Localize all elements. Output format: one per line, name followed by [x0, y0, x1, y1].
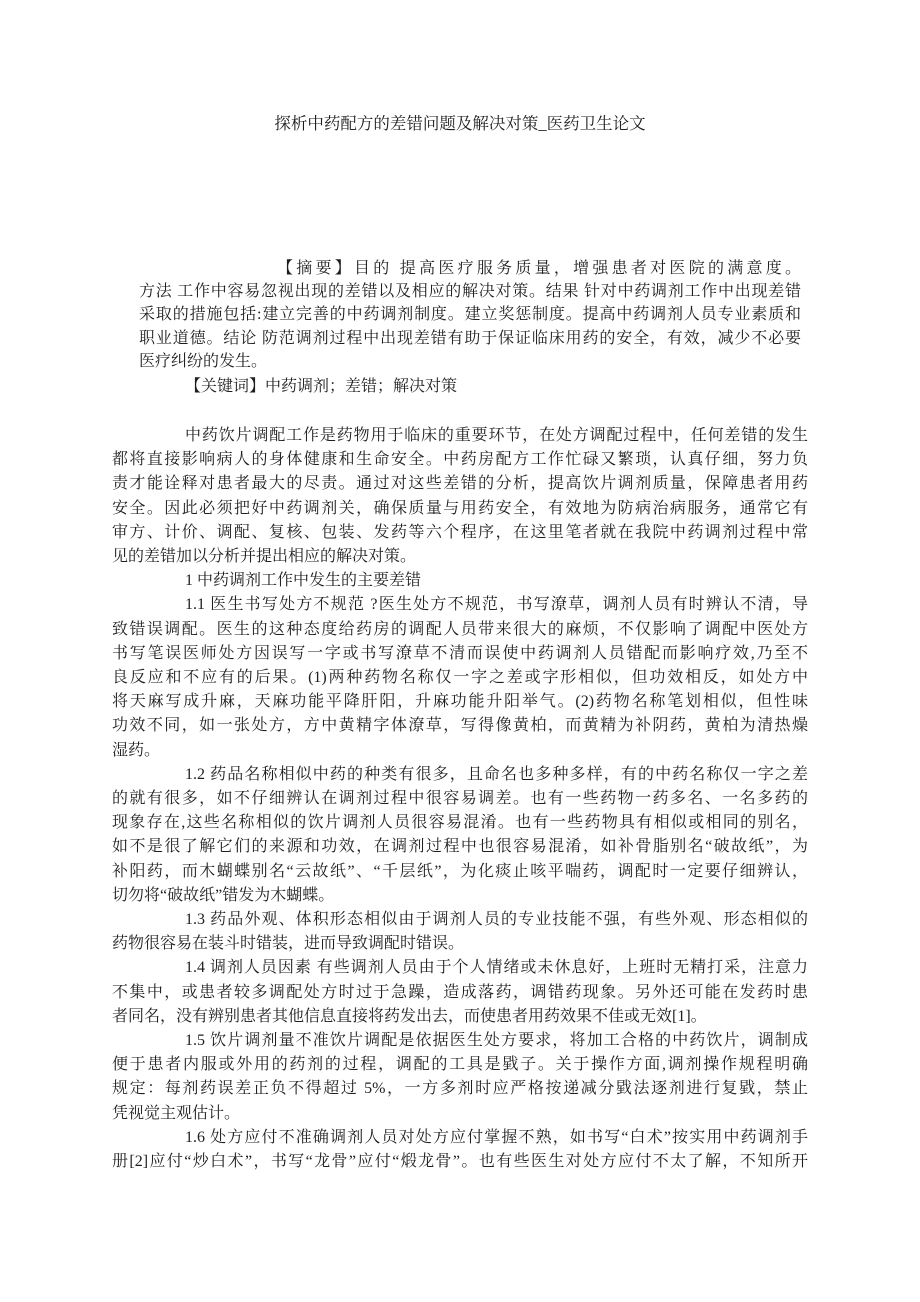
paragraph-line: 切勿将“破故纸”错发为木蝴蝶。	[112, 884, 808, 908]
abstract-line: 【摘要】目的 提高医疗服务质量，增强患者对医院的满意度。	[139, 257, 801, 280]
paragraph-line: 便于患者内服或外用的药剂的过程，调配的工具是戥子。关于操作方面,调剂操作规程明确	[112, 1053, 808, 1077]
paragraph-line: 1.1 医生书写处方不规范 ?医生处方不规范，书写潦草，调剂人员有时辨认不清，导	[112, 593, 808, 617]
paragraph-line: 规定：每剂药误差正负不得超过 5%，一方多剂时应严格按递减分戥法逐剂进行复戥，禁…	[112, 1077, 808, 1101]
paragraph-line: 不集中，或患者较多调配处方时过于急躁，造成落药，调错药现象。另外还可能在发药时患	[112, 981, 808, 1005]
paragraph-section-1-1: 1.1 医生书写处方不规范 ?医生处方不规范，书写潦草，调剂人员有时辨认不清，导…	[112, 593, 808, 762]
paragraph-line: 1.5 饮片调剂量不准饮片调配是依据医生处方要求，将加工合格的中药饮片，调制成	[112, 1029, 808, 1053]
abstract-line: 职业道德。结论 防范调剂过程中出现差错有助于保证临床用药的安全，有效，减少不必要	[139, 327, 801, 350]
abstract-line: 方法 工作中容易忽视出现的差错以及相应的解决对策。结果 针对中药调剂工作中出现差…	[139, 280, 801, 303]
paragraph-line: 书写笔误医师处方因误写一字或书写潦草不清而误使中药调剂人员错配而影响疗效,乃至不	[112, 642, 808, 666]
paragraph-line: 湿药。	[112, 739, 808, 763]
paragraph-section-1-heading: 1 中药调剂工作中发生的主要差错	[112, 569, 808, 593]
abstract-line: 采取的措施包括:建立完善的中药调剂制度。建立奖惩制度。提高中药调剂人员专业素质和	[139, 303, 801, 326]
paragraph-line: 致错误调配。医生的这种态度给药房的调配人员带来很大的麻烦，不仅影响了调配中医处方	[112, 618, 808, 642]
paragraph-line: 补阳药，而木蝴蝶别名“云故纸”、“千层纸”，为化痰止咳平喘药，调配时一定要仔细辨…	[112, 860, 808, 884]
paragraph-section-1-3: 1.3 药品外观、体积形态相似由于调剂人员的专业技能不强，有些外观、形态相似的药…	[112, 908, 808, 956]
paragraph-line: 都将直接影响病人的身体健康和生命安全。中药房配方工作忙碌又繁琐，认真仔细，努力负	[112, 448, 808, 472]
paragraph-line: 1.2 药品名称相似中药的种类有很多，且命名也多种多样，有的中药名称仅一字之差	[112, 763, 808, 787]
paragraph-line: 见的差错加以分析并提出相应的解决对策。	[112, 545, 808, 569]
paragraph-section-1-2: 1.2 药品名称相似中药的种类有很多，且命名也多种多样，有的中药名称仅一字之差的…	[112, 763, 808, 908]
paragraph-line: 1.4 调剂人员因素 有些调剂人员由于个人情绪或未休息好，上班时无精打采，注意力	[112, 956, 808, 980]
paragraph-section-1-6: 1.6 处方应付不准确调剂人员对处方应付掌握不熟，如书写“白术”按实用中药调剂手…	[112, 1126, 808, 1174]
document-page: 探析中药配方的差错问题及解决对策_医药卫生论文 【摘要】目的 提高医疗服务质量，…	[0, 0, 920, 1302]
abstract-line: 医疗纠纷的发生。	[139, 350, 801, 373]
paragraph-line: 册[2]应付“炒白术”，书写“龙骨”应付“煅龙骨”。也有些医生对处方应付不太了解…	[112, 1150, 808, 1174]
paragraph-line: 将天麻写成升麻，天麻功能平降肝阳，升麻功能升阳举气。(2)药物名称笔划相似，但性…	[112, 690, 808, 714]
paragraph-line: 药物很容易在装斗时错装，进而导致调配时错误。	[112, 932, 808, 956]
paragraph-line: 中药饮片调配工作是药物用于临床的重要环节，在处方调配过程中，任何差错的发生	[112, 424, 808, 448]
paragraph-line: 功效不同，如一张处方，方中黄精字体潦草，写得像黄柏，而黄精为补阴药，黄柏为清热燥	[112, 714, 808, 738]
abstract-paragraph: 【摘要】目的 提高医疗服务质量，增强患者对医院的满意度。方法 工作中容易忽视出现…	[139, 257, 801, 373]
paragraph-line: 如不是很了解它们的来源和功效，在调剂过程中也很容易混淆，如补骨脂别名“破故纸”，…	[112, 835, 808, 859]
paragraph-line: 安全。因此必须把好中药调剂关，确保质量与用药安全，有效地为防病治病服务，通常它有	[112, 497, 808, 521]
paragraph-line: 1.6 处方应付不准确调剂人员对处方应付掌握不熟，如书写“白术”按实用中药调剂手	[112, 1126, 808, 1150]
paragraph-line: 1 中药调剂工作中发生的主要差错	[112, 569, 808, 593]
keywords-line: 【关键词】中药调剂；差错；解决对策	[112, 375, 808, 398]
paragraph-line: 良反应和不应有的后果。(1)两种药物名称仅一字之差或字形相似，但功效相反，如处方…	[112, 666, 808, 690]
paragraph-line: 责才能诠释对患者最大的尽责。通过对这些差错的分析，提高饮片调剂质量，保障患者用药	[112, 472, 808, 496]
paragraph-section-1-5: 1.5 饮片调剂量不准饮片调配是依据医生处方要求，将加工合格的中药饮片，调制成便…	[112, 1029, 808, 1126]
paragraph-line: 审方、计价、调配、复核、包装、发药等六个程序，在这里笔者就在我院中药调剂过程中常	[112, 521, 808, 545]
document-body: 中药饮片调配工作是药物用于临床的重要环节，在处方调配过程中，任何差错的发生都将直…	[112, 424, 808, 1174]
paragraph-line: 现象存在,这些名称相似的饮片调剂人员很容易混淆。也有一些药物具有相似或相同的别名…	[112, 811, 808, 835]
paragraph-intro: 中药饮片调配工作是药物用于临床的重要环节，在处方调配过程中，任何差错的发生都将直…	[112, 424, 808, 569]
paragraph-section-1-4: 1.4 调剂人员因素 有些调剂人员由于个人情绪或未休息好，上班时无精打采，注意力…	[112, 956, 808, 1029]
paragraph-line: 者同名，没有辨别患者其他信息直接将药发出去，而使患者用药效果不佳或无效[1]。	[112, 1005, 808, 1029]
paragraph-line: 的就有很多，如不仔细辨认在调剂过程中很容易调差。也有一些药物一药多名、一名多药的	[112, 787, 808, 811]
document-title: 探析中药配方的差错问题及解决对策_医药卫生论文	[112, 114, 808, 134]
paragraph-line: 1.3 药品外观、体积形态相似由于调剂人员的专业技能不强，有些外观、形态相似的	[112, 908, 808, 932]
paragraph-line: 凭视觉主观估计。	[112, 1102, 808, 1126]
